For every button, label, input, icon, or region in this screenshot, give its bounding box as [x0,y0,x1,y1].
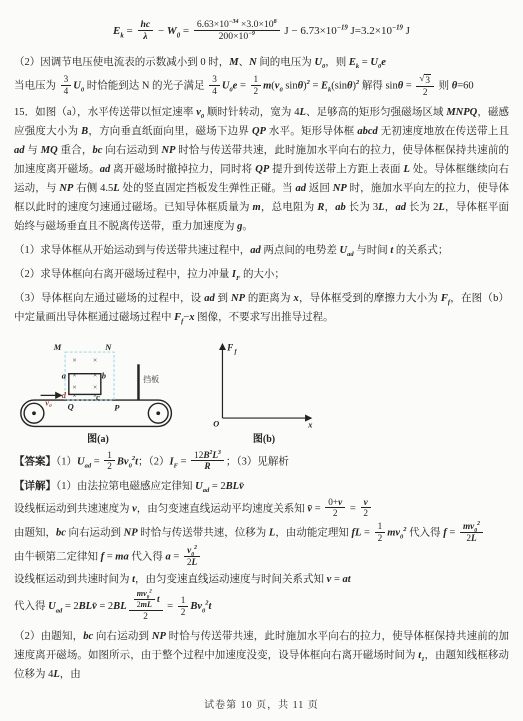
question15-sub3: （3）导体框向左通过磁场的过程中，设 ad 到 NP 的距离为 x，导体框受到的… [14,289,509,327]
figure-b-graph: F f x O [204,333,324,433]
svg-text:×: × [72,391,76,400]
right-pulley-axle [156,411,160,415]
svg-text:×: × [93,355,97,364]
svg-text:×: × [93,370,97,379]
left-pulley-axle [32,411,36,415]
explanation-line3: 由题知，bc 向右运动到 NP 时恰与传送带共速，位移为 L，由动能定理知 fL… [14,522,509,544]
figure-a: ×××××××× M N Q P a b c d v₀ 挡板 图(a) [18,337,178,447]
label-baffle: 挡板 [143,374,159,384]
label-Q: Q [68,401,74,411]
photoelectric-angle-line: 当电压为 34U0 时恰能到达 N 的光子满足 34U0e = 12m(v0 s… [14,74,509,98]
label-M: M [53,342,62,352]
exam-page: Ek = hcλ − W0 = 6.63×10−34 ×3.0×108200×1… [0,0,523,721]
explanation-line2: 设线框运动到共速速度为 v，由匀变速直线运动平均速度关系知 v̄ = 0+v2 … [14,498,509,520]
label-v0: v₀ [45,397,52,407]
label-c: c [96,392,100,402]
ff-axis-sub: f [234,349,237,355]
label-a: a [62,370,67,380]
explanation-line5: 设线框运动到共速时间为 t，由匀变速直线运动速度与时间关系式知 v = at [14,570,509,589]
label-P: P [114,402,120,412]
explanation-line4: 由牛顿第二定律知 f = ma 代入得 a = v022L [14,546,509,568]
question15-sub1: （1）求导体框从开始运动到与传送带共速过程中，ad 两点间的电势差 Uad 与时… [14,241,509,260]
explanation-line1: 【详解】（1）由法拉第电磁感应定律知 Uad = 2BLv̄ [14,477,509,496]
question15-stem: 15．如图（a），水平传送带以恒定速率 v0 顺时针转动，宽为 4L、足够高的矩… [14,103,509,236]
figure-a-caption: 图(a) [87,433,109,447]
field-into-page-crosses: ×××××××× [72,355,97,400]
figure-b-caption: 图(b) [253,433,275,447]
origin-label: O [213,419,219,428]
label-d: d [62,390,67,400]
ff-axis-label: F [226,342,233,352]
photoelectric-part2-line: （2）因调节电压使电流表的示数减小到 0 时，M、N 间的电压为 U0，则 Ek… [14,53,509,72]
label-b: b [102,370,106,380]
label-N: N [104,342,112,352]
page-footer: 试卷第 10 页，共 11 页 [0,696,523,715]
x-axis-label: x [307,420,312,429]
explanation-part2: （2）由题知，bc 向右运动到 NP 时恰与传送带共速，此时施加水平向右的拉力，… [14,627,509,684]
figures-row: ×××××××× M N Q P a b c d v₀ 挡板 图(a) [18,333,509,447]
svg-text:×: × [72,370,76,379]
svg-text:×: × [72,355,76,364]
figure-a-diagram: ×××××××× M N Q P a b c d v₀ 挡板 [18,337,178,433]
question15-sub2: （2）求导体框向右离开磁场过程中，拉力冲量 IF 的大小； [14,265,509,284]
explanation-line6: 代入得 Uad = 2BLv̄ = 2BLmv022mLt2 = 12Bv02t [14,591,509,623]
answer-line: 【答案】（1）Uad = 12Bv02t；（2）IF = 12B2L3R；（3）… [14,451,509,473]
photoelectric-energy-equation: Ek = hcλ − W0 = 6.63×10−34 ×3.0×108200×1… [14,20,509,43]
figure-b: F f x O 图(b) [204,333,324,447]
